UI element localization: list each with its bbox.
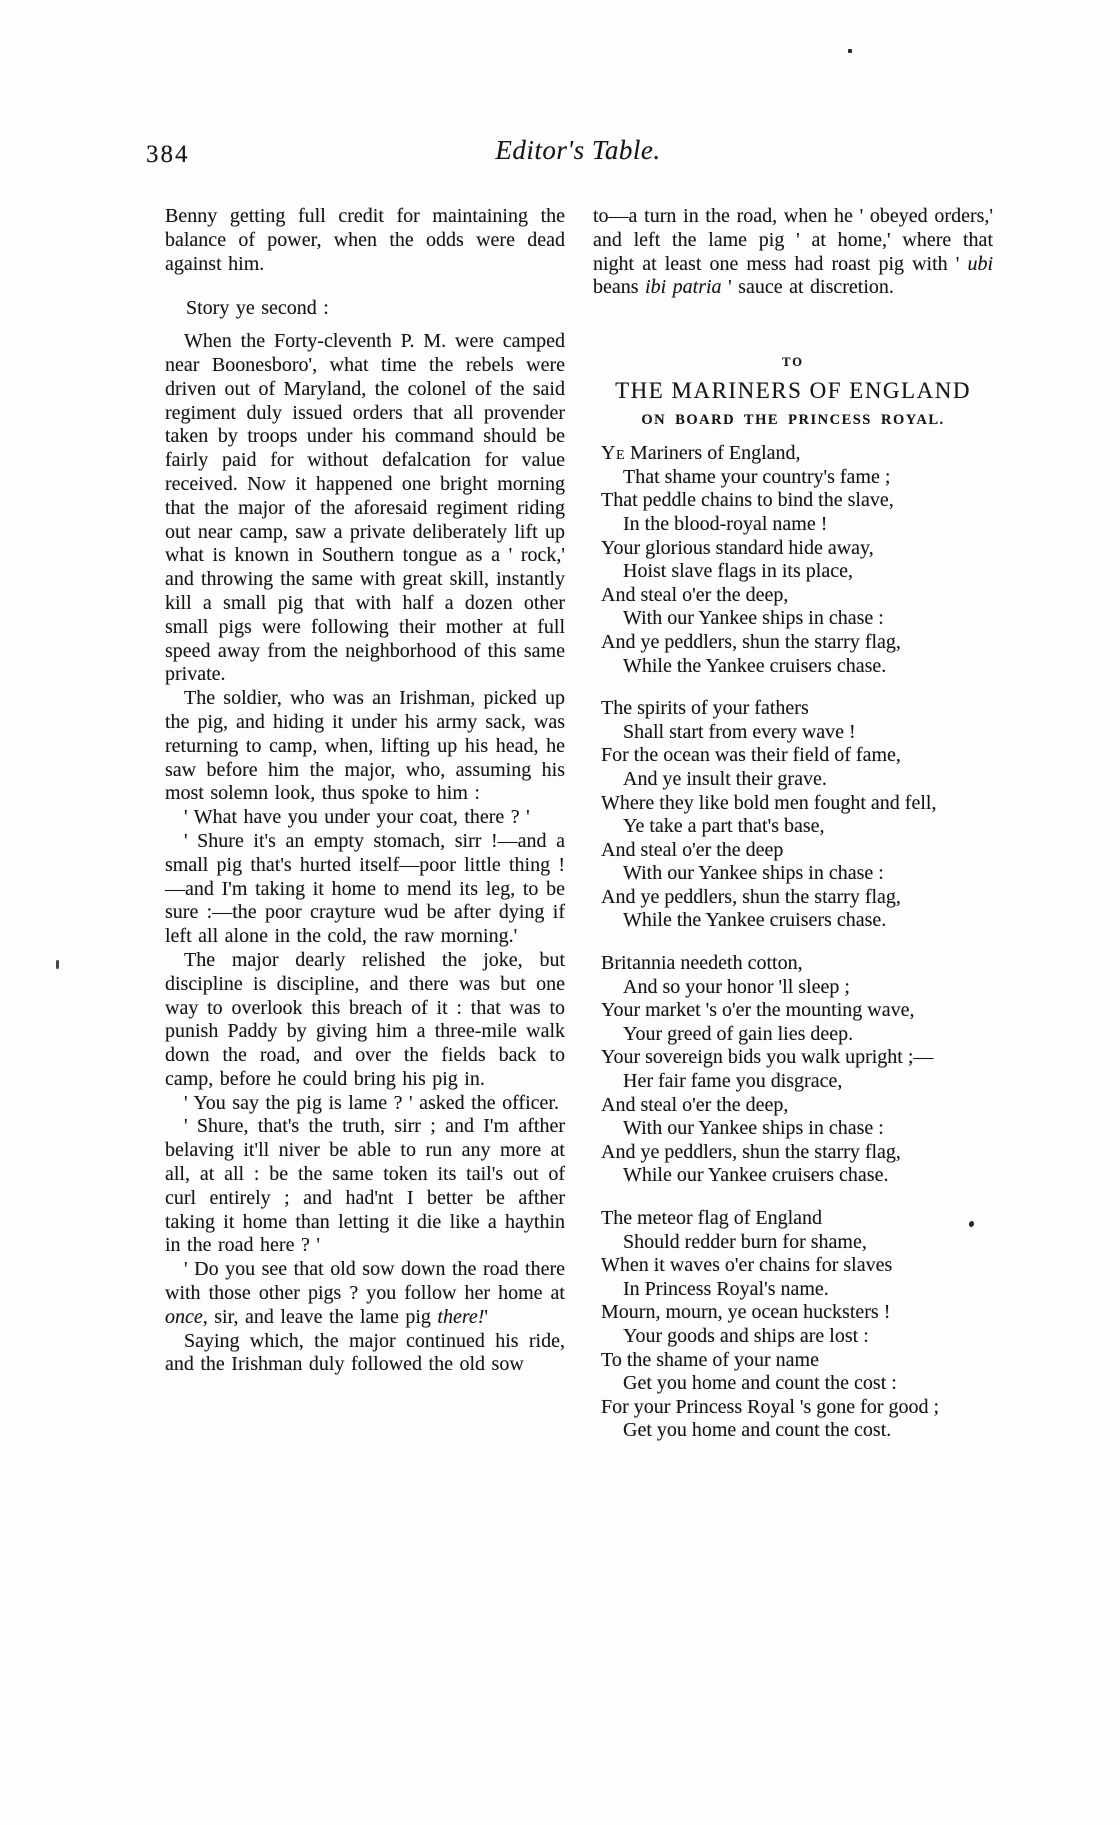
poem-line: Get you home and count the cost :: [601, 1372, 993, 1396]
poem-kicker: TO: [593, 355, 993, 369]
poem-line: And ye peddlers, shun the starry flag,: [601, 886, 993, 910]
poem-line: Where they like bold men fought and fell…: [601, 792, 993, 816]
poem-line: With our Yankee ships in chase :: [601, 607, 993, 631]
stanza: The meteor flag of EnglandShould redder …: [601, 1207, 993, 1443]
poem-line: The spirits of your fathers: [601, 697, 993, 721]
poem-line: With our Yankee ships in chase :: [601, 1117, 993, 1141]
poem-line: Mourn, mourn, ye ocean hucksters !: [601, 1301, 993, 1325]
paragraph: ' Shure it's an empty stomach, sirr !—an…: [165, 830, 565, 949]
scan-speck: [848, 49, 852, 53]
poem-line: And steal o'er the deep,: [601, 584, 993, 608]
left-column: Benny getting full credit for maintainin…: [165, 205, 565, 1377]
poem-line: And ye insult their grave.: [601, 768, 993, 792]
paragraph: When the Forty-cleventh P. M. were campe…: [165, 330, 565, 687]
poem-line: Your glorious standard hide away,: [601, 537, 993, 561]
poem-line: For your Princess Royal 's gone for good…: [601, 1396, 993, 1420]
right-column: to—a turn in the road, when he ' obeyed …: [593, 205, 993, 1462]
paragraph: ' Shure, that's the truth, sirr ; and I'…: [165, 1115, 565, 1258]
stanza: The spirits of your fathersShall start f…: [601, 697, 993, 933]
poem-line: And so your honor 'll sleep ;: [601, 976, 993, 1000]
poem: TO THE MARINERS OF ENGLAND ON BOARD THE …: [593, 355, 993, 1443]
paragraph: Benny getting full credit for maintainin…: [165, 205, 565, 276]
poem-line: Should redder burn for shame,: [601, 1231, 993, 1255]
story-heading: Story ye second :: [165, 297, 565, 321]
scan-speck: [56, 960, 59, 969]
poem-line: Shall start from every wave !: [601, 721, 993, 745]
document-body: { "header": { "page_number": "384", "run…: [0, 0, 1120, 1825]
poem-line: And steal o'er the deep: [601, 839, 993, 863]
poem-line: When it waves o'er chains for slaves: [601, 1254, 993, 1278]
continuation-paragraph: to—a turn in the road, when he ' obeyed …: [593, 205, 993, 300]
poem-line: In the blood-royal name !: [601, 513, 993, 537]
poem-line: Your market 's o'er the mounting wave,: [601, 999, 993, 1023]
poem-line: The meteor flag of England: [601, 1207, 993, 1231]
poem-line: While the Yankee cruisers chase.: [601, 655, 993, 679]
paragraph: ' Do you see that old sow down the road …: [165, 1258, 565, 1329]
poem-subtitle: ON BOARD THE PRINCESS ROYAL.: [593, 412, 993, 429]
poem-line: With our Yankee ships in chase :: [601, 862, 993, 886]
paragraph: The soldier, who was an Irishman, picked…: [165, 687, 565, 806]
poem-stanzas: Ye Mariners of England,That shame your c…: [593, 442, 993, 1443]
poem-title: THE MARINERS OF ENGLAND: [593, 378, 993, 404]
stanza: Ye Mariners of England,That shame your c…: [601, 442, 993, 678]
poem-line: Get you home and count the cost.: [601, 1419, 993, 1443]
poem-line: Ye take a part that's base,: [601, 815, 993, 839]
poem-line: And ye peddlers, shun the starry flag,: [601, 1141, 993, 1165]
poem-line: That peddle chains to bind the slave,: [601, 489, 993, 513]
poem-line: Your goods and ships are lost :: [601, 1325, 993, 1349]
running-title: Editor's Table.: [0, 139, 1120, 163]
paragraph: The major dearly relished the joke, but …: [165, 949, 565, 1092]
poem-line: Her fair fame you disgrace,: [601, 1070, 993, 1094]
paragraph: Saying which, the major continued his ri…: [165, 1330, 565, 1378]
poem-line: And ye peddlers, shun the starry flag,: [601, 631, 993, 655]
poem-line: Britannia needeth cotton,: [601, 952, 993, 976]
poem-line: That shame your country's fame ;: [601, 466, 993, 490]
poem-line: And steal o'er the deep,: [601, 1094, 993, 1118]
poem-line: To the shame of your name: [601, 1349, 993, 1373]
poem-line: For the ocean was their field of fame,: [601, 744, 993, 768]
stanza: Britannia needeth cotton,And so your hon…: [601, 952, 993, 1188]
poem-line: Hoist slave flags in its place,: [601, 560, 993, 584]
poem-line: Your sovereign bids you walk upright ;—: [601, 1046, 993, 1070]
poem-line: Your greed of gain lies deep.: [601, 1023, 993, 1047]
scanned-book-page: 384 Editor's Table. Benny getting full c…: [0, 0, 1120, 1825]
paragraph: ' What have you under your coat, there ?…: [165, 806, 565, 830]
paragraph: ' You say the pig is lame ? ' asked the …: [165, 1092, 565, 1116]
poem-line: Ye Mariners of England,: [601, 442, 993, 466]
poem-line: While the Yankee cruisers chase.: [601, 909, 993, 933]
poem-line: While our Yankee cruisers chase.: [601, 1164, 993, 1188]
poem-line: In Princess Royal's name.: [601, 1278, 993, 1302]
